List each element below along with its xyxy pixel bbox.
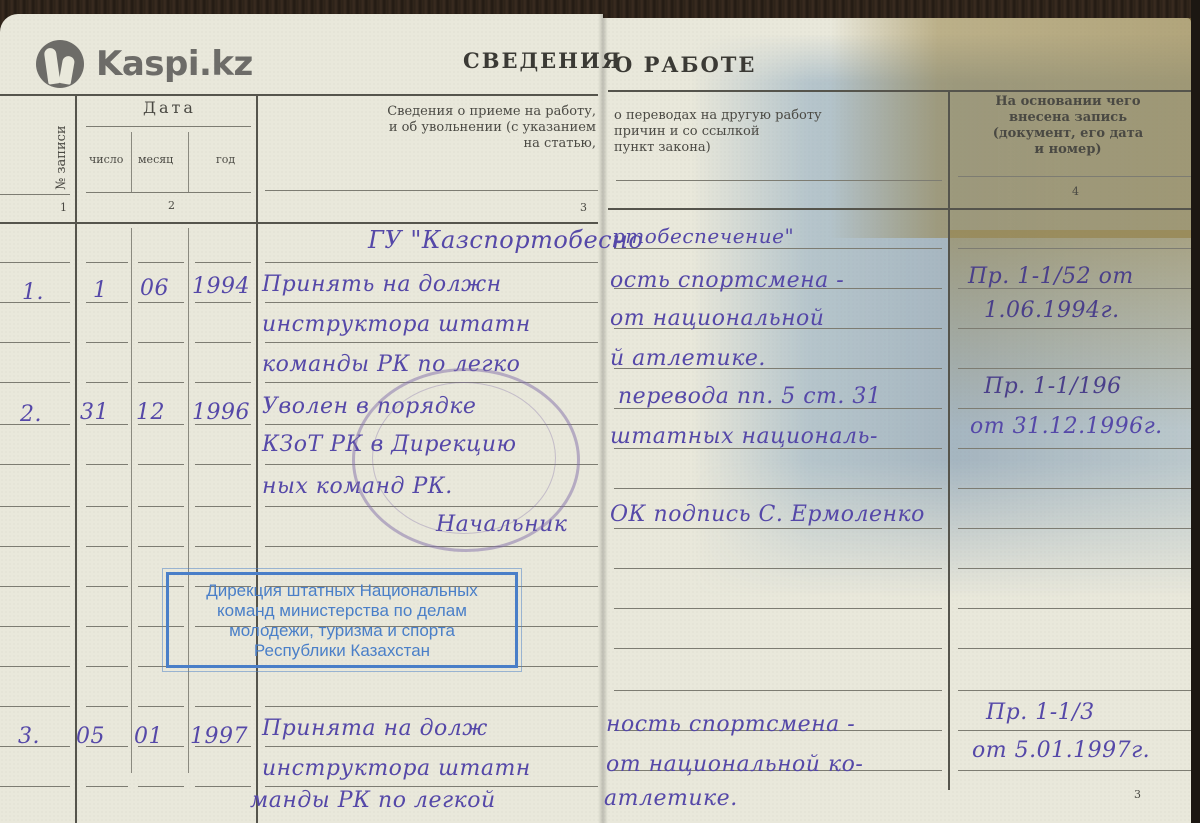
entry-text-left: манды РК по легкой (250, 788, 496, 813)
entry-month: 06 (140, 276, 169, 301)
ruled-line (195, 464, 251, 465)
entry-number: 2. (20, 402, 42, 427)
header-bottom-rule-right (608, 208, 1191, 210)
ruled-line (958, 690, 1191, 691)
ruled-line (614, 608, 942, 609)
entry-day: 31 (80, 400, 109, 425)
entry-text-left: Принять на должн (262, 272, 502, 297)
page-title-right: О РАБОТЕ (614, 52, 756, 77)
header-record-no: № записи (54, 125, 70, 190)
ruled-line (0, 706, 70, 707)
entry-text-right: перевода пп. 5 ст. 31 (618, 384, 881, 409)
ruled-line (195, 786, 251, 787)
ruled-line (265, 746, 598, 747)
ruled-line (0, 546, 70, 547)
entry-number: 3. (18, 724, 40, 749)
entry-text-right: от национальной ко- (606, 752, 863, 777)
entry-basis: Пр. 1-1/3 (986, 700, 1095, 725)
kaspi-people-logo-icon (36, 40, 84, 88)
ruled-line (0, 342, 70, 343)
org-heading-left: ГУ "Казспортобесно (368, 226, 643, 254)
col-divider-month (188, 228, 189, 773)
ruled-line (138, 706, 184, 707)
ruled-line (86, 262, 128, 263)
ruled-line (614, 248, 942, 249)
hdr-rule-c (265, 190, 598, 191)
entry-basis: от 5.01.1997г. (972, 738, 1150, 763)
header-info-right-line: о переводах на другую работу (614, 108, 822, 124)
col-divider-day (131, 228, 132, 773)
entry-text-right: штатных националь- (610, 424, 878, 449)
ruled-line (958, 368, 1191, 369)
col-divider-day-hdr (131, 132, 132, 192)
page-edge (1191, 0, 1200, 823)
ruled-line (195, 302, 251, 303)
ruled-line (195, 706, 251, 707)
header-info-right: о переводах на другую работу причин и со… (614, 108, 822, 156)
ruled-line (958, 488, 1191, 489)
entry-text-right: атлетике. (604, 786, 738, 811)
ruled-line (614, 690, 942, 691)
ruled-line (958, 770, 1191, 771)
header-day: число (89, 152, 123, 168)
col-divider-month-hdr (188, 132, 189, 192)
ruled-line (138, 506, 184, 507)
ruled-line (958, 568, 1191, 569)
ruled-line (614, 648, 942, 649)
ruled-line (86, 506, 128, 507)
entry-basis: от 31.12.1996г. (970, 414, 1163, 439)
header-basis-line: внесена запись (958, 110, 1178, 126)
col-divider-3 (948, 90, 950, 790)
header-month: месяц (138, 152, 173, 168)
ruled-line (265, 786, 598, 787)
ruled-line (86, 382, 128, 383)
ruled-line (138, 342, 184, 343)
ruled-line (958, 608, 1191, 609)
header-info-right-line: причин и со ссылкой (614, 124, 822, 140)
ruled-line (138, 464, 184, 465)
ruled-line (265, 262, 598, 263)
entry-year: 1994 (192, 274, 250, 299)
watermark-text: Kaspi.kz (96, 44, 253, 84)
date-subrule (86, 126, 251, 127)
ruled-line (86, 586, 128, 587)
ruled-line (0, 464, 70, 465)
ruled-line (195, 342, 251, 343)
entry-text-right: ность спортсмена - (606, 712, 855, 737)
header-bottom-rule (0, 222, 598, 224)
header-year: год (216, 152, 235, 168)
ruled-line (958, 448, 1191, 449)
entry-text-left: Принята на долж (262, 716, 488, 741)
entry-text-right: й атлетике. (610, 346, 766, 371)
ruled-line (138, 382, 184, 383)
entry-day: 05 (76, 724, 105, 749)
ruled-line (195, 546, 251, 547)
col-number-4: 4 (1072, 184, 1079, 200)
hdr-rule-d (616, 180, 942, 181)
header-top-rule (0, 94, 598, 96)
col-divider-1 (75, 94, 77, 823)
stamp-line: Республики Казахстан (169, 641, 515, 661)
entry-text-right: от национальной (610, 306, 824, 331)
ruled-line (86, 706, 128, 707)
hdr-rule-a (0, 194, 70, 195)
book-gutter (598, 14, 608, 823)
header-basis-line: На основании чего (958, 94, 1178, 110)
ruled-line (86, 786, 128, 787)
entry-number: 1. (22, 280, 44, 305)
entry-year: 1996 (192, 400, 250, 425)
ruled-line (614, 568, 942, 569)
ruled-line (958, 408, 1191, 409)
ruled-line (86, 626, 128, 627)
organization-stamp: Дирекция штатных Национальных команд мин… (166, 572, 518, 668)
ruled-line (86, 342, 128, 343)
ruled-line (0, 666, 70, 667)
ruled-line (195, 382, 251, 383)
ruled-line (86, 666, 128, 667)
signature-line: ОК подпись С. Ермоленко (610, 502, 925, 527)
header-top-rule-right (608, 90, 1191, 92)
page-title-left: СВЕДЕНИЯ (463, 48, 622, 73)
header-info-left-line: и об увольнении (с указанием (300, 120, 596, 136)
col-divider-2 (256, 94, 258, 823)
ruled-line (138, 546, 184, 547)
col-number-1: 1 (60, 200, 67, 216)
hdr-rule-b (86, 192, 251, 193)
stamp-line: команд министерства по делам (169, 601, 515, 621)
header-info-right-line: пункт закона) (614, 140, 822, 156)
ruled-line (265, 706, 598, 707)
ruled-line (138, 262, 184, 263)
ruled-line (0, 382, 70, 383)
org-heading-right: ртобеспечение" (612, 224, 794, 248)
kaspi-watermark: Kaspi.kz (36, 40, 253, 88)
entry-text-left: инструктора штатн (262, 756, 531, 781)
header-basis: На основании чего внесена запись (докуме… (958, 94, 1178, 158)
page-number: 3 (1134, 788, 1141, 801)
entry-month: 01 (134, 724, 163, 749)
ruled-line (195, 506, 251, 507)
ruled-line (958, 328, 1191, 329)
header-basis-line: и номер) (958, 142, 1178, 158)
entry-basis: 1.06.1994г. (984, 298, 1120, 323)
ruled-line (86, 546, 128, 547)
ruled-line (195, 262, 251, 263)
ruled-line (138, 786, 184, 787)
ruled-line (614, 528, 942, 529)
col-number-3: 3 (580, 200, 587, 216)
ruled-line (0, 506, 70, 507)
ruled-line (0, 786, 70, 787)
header-basis-line: (документ, его дата (958, 126, 1178, 142)
ruled-line (265, 302, 598, 303)
hdr-rule-e (958, 176, 1191, 177)
round-seal-inner-ring (372, 382, 556, 534)
col-number-2: 2 (168, 198, 175, 214)
ruled-line (958, 730, 1191, 731)
ruled-line (138, 302, 184, 303)
entry-basis: Пр. 1-1/52 от (968, 264, 1134, 289)
stamp-line: молодежи, туризма и спорта (169, 621, 515, 641)
ruled-line (958, 648, 1191, 649)
header-info-left-line: Сведения о приеме на работу, (300, 104, 596, 120)
ruled-line (958, 528, 1191, 529)
ruled-line (0, 626, 70, 627)
header-info-left-line: на статью, (300, 136, 596, 152)
ruled-line (0, 586, 70, 587)
ruled-line (614, 488, 942, 489)
entry-month: 12 (136, 400, 165, 425)
ruled-line (958, 248, 1191, 249)
entry-basis: Пр. 1-1/196 (984, 374, 1122, 399)
entry-year: 1997 (190, 724, 248, 749)
header-date: Дата (143, 100, 196, 116)
ruled-line (86, 464, 128, 465)
entry-text-left: инструктора штатн (262, 312, 531, 337)
entry-text-right: ость спортсмена - (610, 268, 844, 293)
ruled-line (265, 342, 598, 343)
header-info-left: Сведения о приеме на работу, и об увольн… (300, 104, 596, 152)
entry-day: 1 (93, 278, 108, 303)
ruled-line (0, 262, 70, 263)
stamp-line: Дирекция штатных Национальных (169, 581, 515, 601)
